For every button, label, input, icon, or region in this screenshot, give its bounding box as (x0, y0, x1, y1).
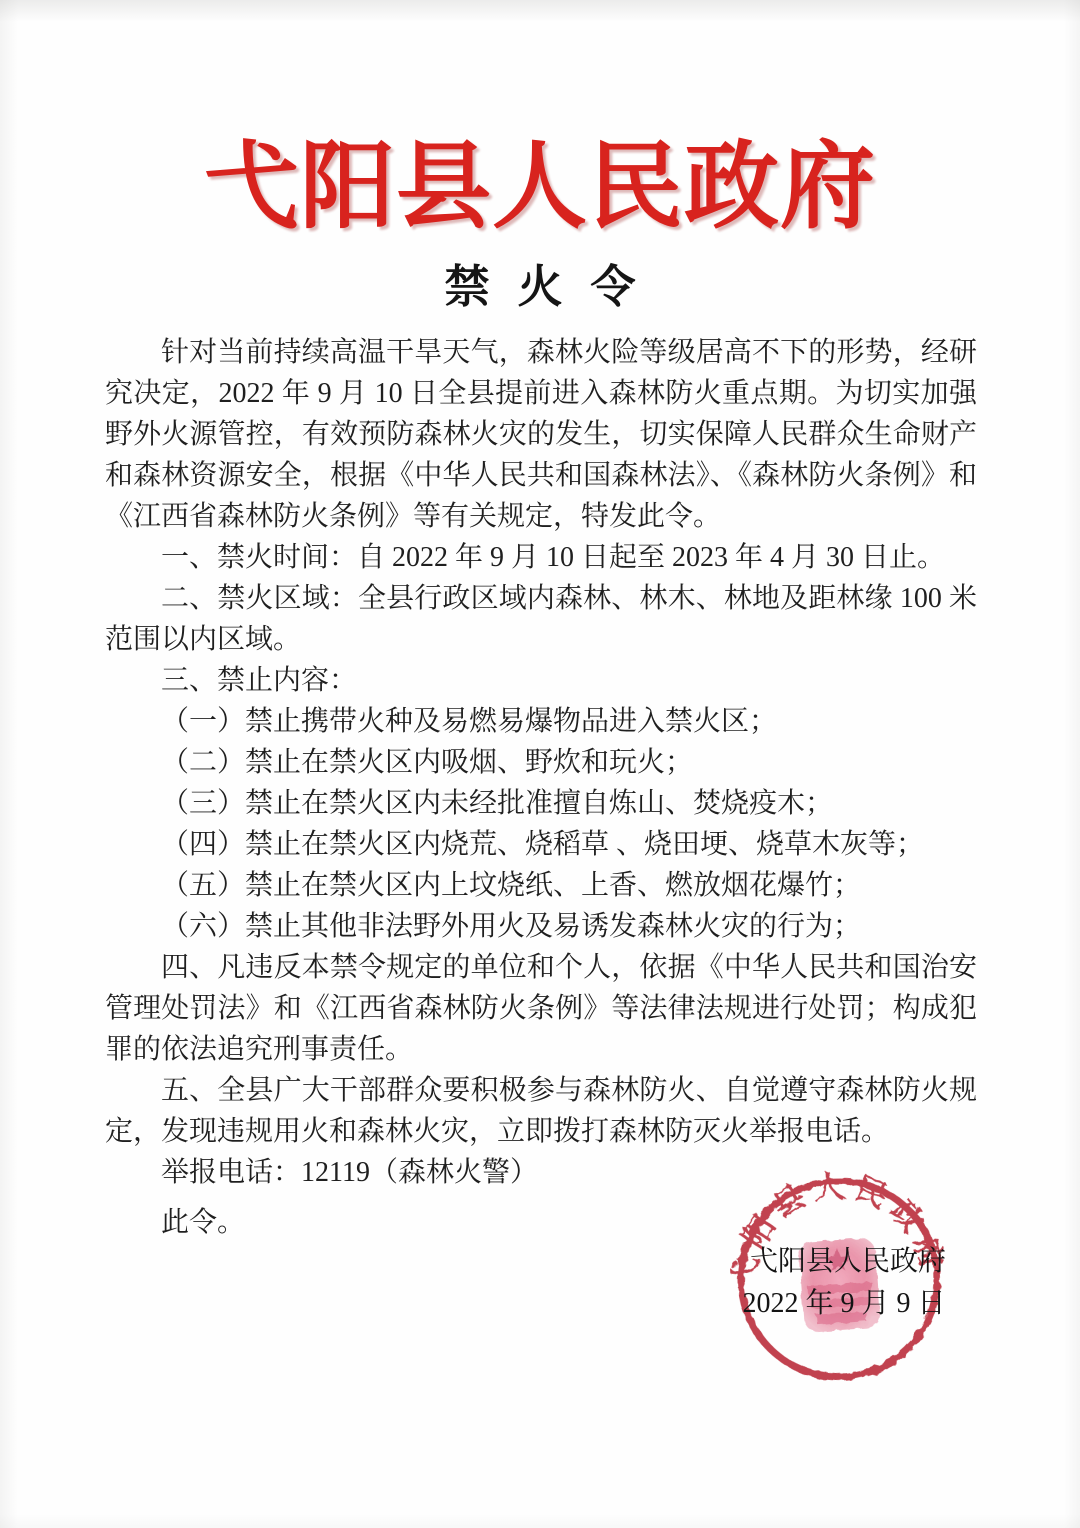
paragraph-sub-3: （三）禁止在禁火区内未经批准擅自炼山、焚烧疫木； (105, 783, 977, 824)
paragraph-sub-6: （六）禁止其他非法野外用火及易诱发森林火灾的行为； (105, 906, 977, 947)
signature-date: 2022 年 9 月 9 日 (736, 1281, 952, 1321)
page-title: 弋阳县人民政府 (0, 0, 1080, 237)
paragraph-item-2: 二、禁火区域：全县行政区域内森林、林木、林地及距林缘 100 米范围以内区域。 (105, 578, 977, 660)
paragraph-item-3: 三、禁止内容： (105, 660, 977, 701)
paragraph-item-4: 四、凡违反本禁令规定的单位和个人，依据《中华人民共和国治安管理处罚法》和《江西省… (105, 947, 977, 1070)
paragraph-item-1: 一、禁火时间：自 2022 年 9 月 10 日起至 2023 年 4 月 30… (105, 537, 977, 578)
paragraph-sub-2: （二）禁止在禁火区内吸烟、野炊和玩火； (105, 742, 977, 783)
paragraph-intro: 针对当前持续高温干旱天气，森林火险等级居高不下的形势，经研究决定，2022 年 … (105, 332, 977, 537)
paragraph-item-5: 五、全县广大干部群众要积极参与森林防火、自觉遵守森林防火规定，发现违规用火和森林… (105, 1070, 977, 1152)
paragraph-sub-5: （五）禁止在禁火区内上坟烧纸、上香、燃放烟花爆竹； (105, 865, 977, 906)
paragraph-sub-1: （一）禁止携带火种及易燃易爆物品进入禁火区； (105, 701, 977, 742)
signature-name: 弋阳县人民政府 (740, 1239, 956, 1279)
paragraph-sub-4: （四）禁止在禁火区内烧荒、烧稻草 、烧田埂、烧草木灰等； (105, 824, 977, 865)
official-seal: 弋阳县人民政府 (723, 1159, 954, 1400)
document-body: 针对当前持续高温干旱天气，森林火险等级居高不下的形势，经研究决定，2022 年 … (105, 332, 977, 1243)
page-subtitle: 禁火令 (0, 263, 1080, 313)
document-page: 弋阳县人民政府 禁火令 针对当前持续高温干旱天气，森林火险等级居高不下的形势，经… (0, 0, 1080, 1528)
